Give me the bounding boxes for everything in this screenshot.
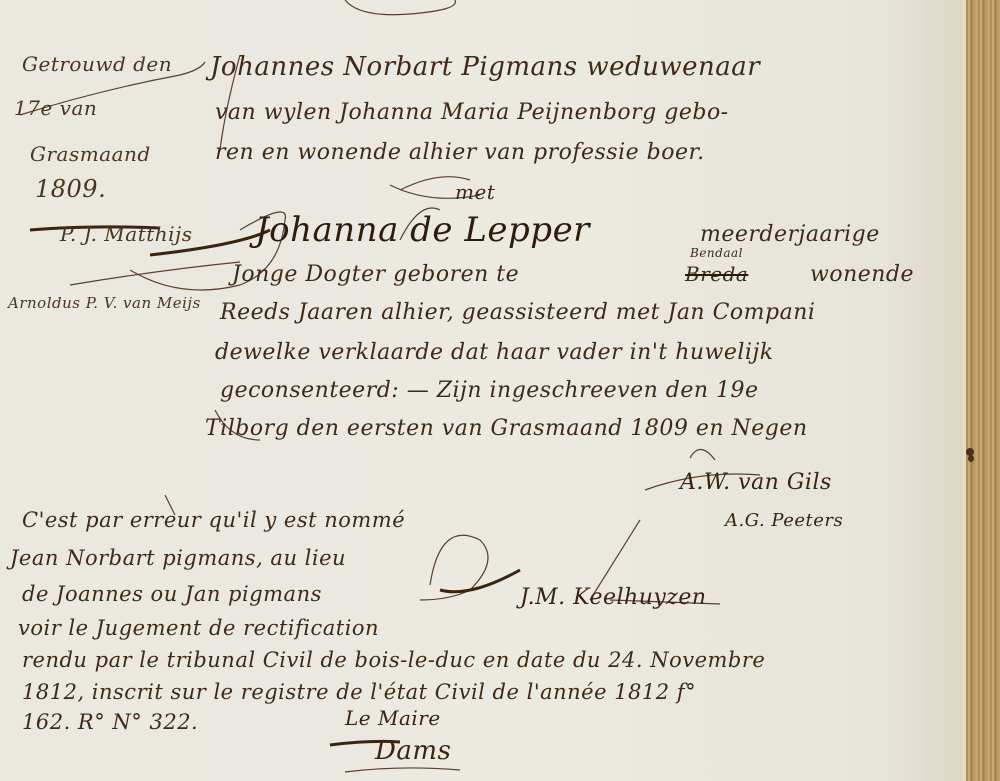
mayor-signature: Dams bbox=[375, 736, 451, 766]
entry-line-7: dewelke verklaarde dat haar vader in't h… bbox=[215, 340, 774, 365]
correction-line-6: 1812, inscrit sur le registre de l'état … bbox=[22, 680, 696, 704]
margin-date-line-2: 17e van bbox=[14, 96, 97, 120]
correction-line-4: voir le Jugement de rectification bbox=[18, 616, 379, 640]
entry-line-groom: Johannes Norbart Pigmans weduwenaar bbox=[210, 52, 760, 82]
struck-word: Breda bbox=[685, 262, 748, 286]
signature-central: J.M. Keelhuyzen bbox=[520, 585, 707, 610]
signature-van-gils: A.W. van Gils bbox=[680, 470, 832, 495]
entry-line-5-prefix: Jonge Dogter geboren te bbox=[232, 262, 519, 287]
bride-name: Johanna de Lepper bbox=[255, 210, 590, 250]
correction-line-1: C'est par erreur qu'il y est nommé bbox=[22, 508, 405, 532]
ink-stain bbox=[968, 455, 974, 462]
bride-status: meerderjaarige bbox=[700, 222, 880, 247]
mayor-label: Le Maire bbox=[345, 706, 441, 730]
entry-line-9: Tilborg den eersten van Grasmaand 1809 e… bbox=[205, 416, 808, 441]
margin-witness-line2: Arnoldus P. V. van Meijs bbox=[8, 294, 201, 312]
entry-line-6: Reeds Jaaren alhier, geassisteerd met Ja… bbox=[220, 300, 815, 325]
signature-peeters: A.G. Peeters bbox=[725, 510, 843, 531]
correction-line-5: rendu par le tribunal Civil de bois-le-d… bbox=[22, 648, 765, 672]
entry-line-5-suffix: wonende bbox=[810, 262, 914, 287]
entry-line-2: van wylen Johanna Maria Peijnenborg gebo… bbox=[215, 100, 729, 125]
entry-line-8: geconsenteerd: — Zijn ingeschreeven den … bbox=[220, 378, 759, 403]
correction-line-2: Jean Norbart pigmans, au lieu bbox=[10, 546, 346, 570]
entry-connector: met bbox=[455, 180, 495, 204]
margin-date-line-3: Grasmaand bbox=[30, 142, 151, 166]
book-binding-edge bbox=[962, 0, 1000, 781]
inserted-word: Bendaal bbox=[690, 246, 743, 260]
register-page: Getrouwd den 17e van Grasmaand 1809. P. … bbox=[0, 0, 962, 781]
correction-line-7: 162. R° N° 322. bbox=[22, 710, 198, 734]
entry-line-3: ren en wonende alhier van professie boer… bbox=[215, 140, 705, 165]
margin-date-year: 1809. bbox=[35, 175, 106, 203]
correction-line-3: de Joannes ou Jan pigmans bbox=[22, 582, 322, 606]
margin-witness-annotation: P. J. Matthijs bbox=[60, 222, 193, 246]
margin-date-line-1: Getrouwd den bbox=[22, 52, 172, 76]
